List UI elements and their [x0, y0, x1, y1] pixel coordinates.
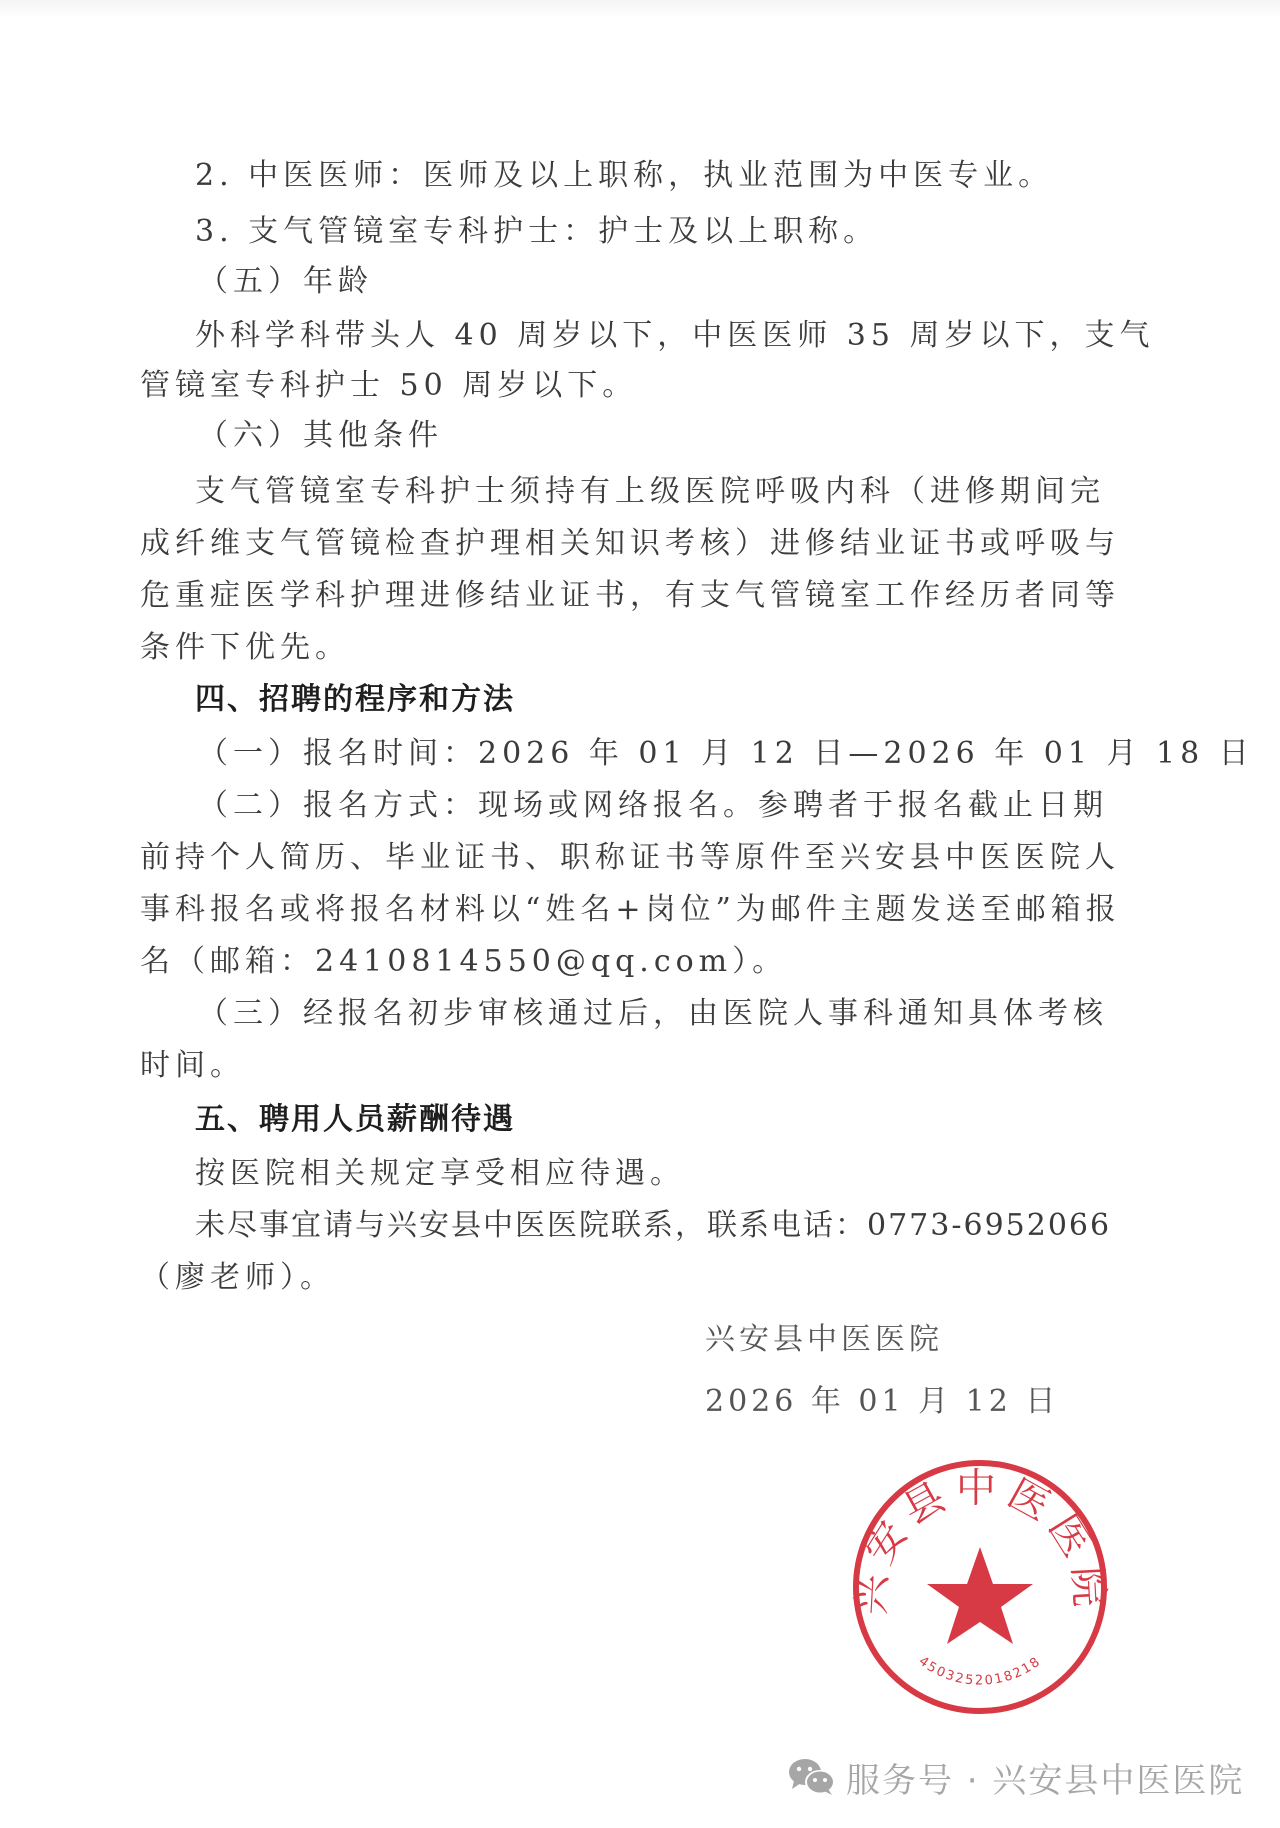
doc-line-0: 2. 中医医师：医师及以上职称，执业范围为中医专业。 [195, 156, 1053, 196]
document-page: 2. 中医医师：医师及以上职称，执业范围为中医专业。 3. 支气管镜室专科护士：… [0, 0, 1280, 1828]
doc-line-17: 时间。 [140, 1046, 245, 1086]
doc-line-6: 支气管镜室专科护士须持有上级医院呼吸内科（进修期间完 [195, 472, 1105, 512]
service-account-footer[interactable]: 服务号 · 兴安县中医医院 [788, 1752, 1244, 1802]
doc-subheading-age: （五）年龄 [198, 262, 373, 302]
doc-line-21: （廖老师）。 [140, 1258, 335, 1298]
doc-line-1: 3. 支气管镜室专科护士：护士及以上职称。 [195, 212, 878, 252]
doc-line-8: 危重症医学科护理进修结业证书，有支气管镜室工作经历者同等 [140, 576, 1120, 616]
wechat-icon [788, 1757, 836, 1797]
service-account-label[interactable]: 服务号 · 兴安县中医医院 [846, 1753, 1244, 1802]
signature-date: 2026 年 01 月 12 日 [705, 1382, 1059, 1422]
doc-line-14: 事科报名或将报名材料以“姓名+岗位”为邮件主题发送至邮箱报 [140, 890, 1121, 930]
doc-line-16: （三）经报名初步审核通过后，由医院人事科通知具体考核 [198, 994, 1108, 1034]
doc-line-12: （二）报名方式：现场或网络报名。参聘者于报名截止日期 [198, 786, 1108, 826]
doc-line-19: 按医院相关规定享受相应待遇。 [195, 1154, 685, 1194]
doc-line-registration-time: （一）报名时间：2026 年 01 月 12 日—2026 年 01 月 18 … [198, 734, 1254, 774]
doc-line-email: 名（邮箱：2410814550@qq.com）。 [140, 942, 787, 982]
section-heading-procedure: 四、招聘的程序和方法 [195, 680, 515, 720]
doc-line-contact: 未尽事宜请与兴安县中医医院联系，联系电话：0773-6952066 [195, 1206, 1111, 1246]
signature-organization: 兴安县中医医院 [705, 1320, 943, 1360]
doc-line-13: 前持个人简历、毕业证书、职称证书等原件至兴安县中医医院人 [140, 838, 1120, 878]
doc-line-4: 管镜室专科护士 50 周岁以下。 [140, 366, 637, 406]
section-heading-salary: 五、聘用人员薪酬待遇 [195, 1100, 515, 1140]
doc-line-3: 外科学科带头人 40 周岁以下，中医医师 35 周岁以下，支气 [195, 316, 1155, 356]
doc-line-7: 成纤维支气管镜检查护理相关知识考核）进修结业证书或呼吸与 [140, 524, 1120, 564]
doc-subheading-other: （六）其他条件 [198, 416, 443, 456]
doc-line-9: 条件下优先。 [140, 628, 350, 668]
official-seal-icon: 兴安县中医医院 4503252018218 [845, 1452, 1115, 1722]
svg-text:4503252018218: 4503252018218 [916, 1654, 1045, 1689]
